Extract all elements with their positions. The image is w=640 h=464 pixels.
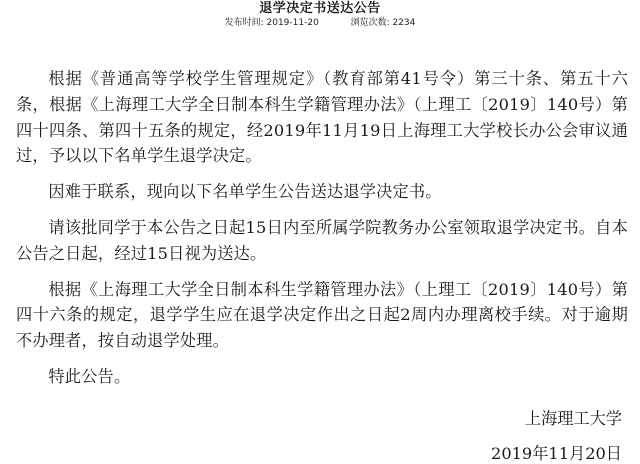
paragraph-contact: 因难于联系，现向以下名单学生公告送达退学决定书。 bbox=[16, 179, 628, 205]
paragraph-departure: 根据《上海理工大学全日制本科生学籍管理办法》（上理工〔2019〕140号）第四十… bbox=[16, 277, 628, 354]
issue-date: 2019年11月20日 bbox=[491, 440, 622, 464]
notice-body: 根据《普通高等学校学生管理规定》（教育部第41号令）第三十条、第五十六条，根据《… bbox=[16, 66, 628, 400]
meta-info: 发布时间: 2019-11-20 浏览次数: 2234 bbox=[0, 17, 640, 29]
view-count: 浏览次数: 2234 bbox=[351, 17, 416, 29]
publish-time: 发布时间: 2019-11-20 bbox=[225, 17, 319, 29]
page-title: 退学决定书送达公告 bbox=[0, 0, 640, 17]
notice-header: 退学决定书送达公告 发布时间: 2019-11-20 浏览次数: 2234 bbox=[0, 0, 640, 29]
signature: 上海理工大学 bbox=[525, 405, 622, 429]
paragraph-collection: 请该批同学于本公告之日起15日内至所属学院教务办公室领取退学决定书。自本公告之日… bbox=[16, 215, 628, 267]
paragraph-basis: 根据《普通高等学校学生管理规定》（教育部第41号令）第三十条、第五十六条，根据《… bbox=[16, 66, 628, 169]
paragraph-closing: 特此公告。 bbox=[16, 364, 628, 390]
